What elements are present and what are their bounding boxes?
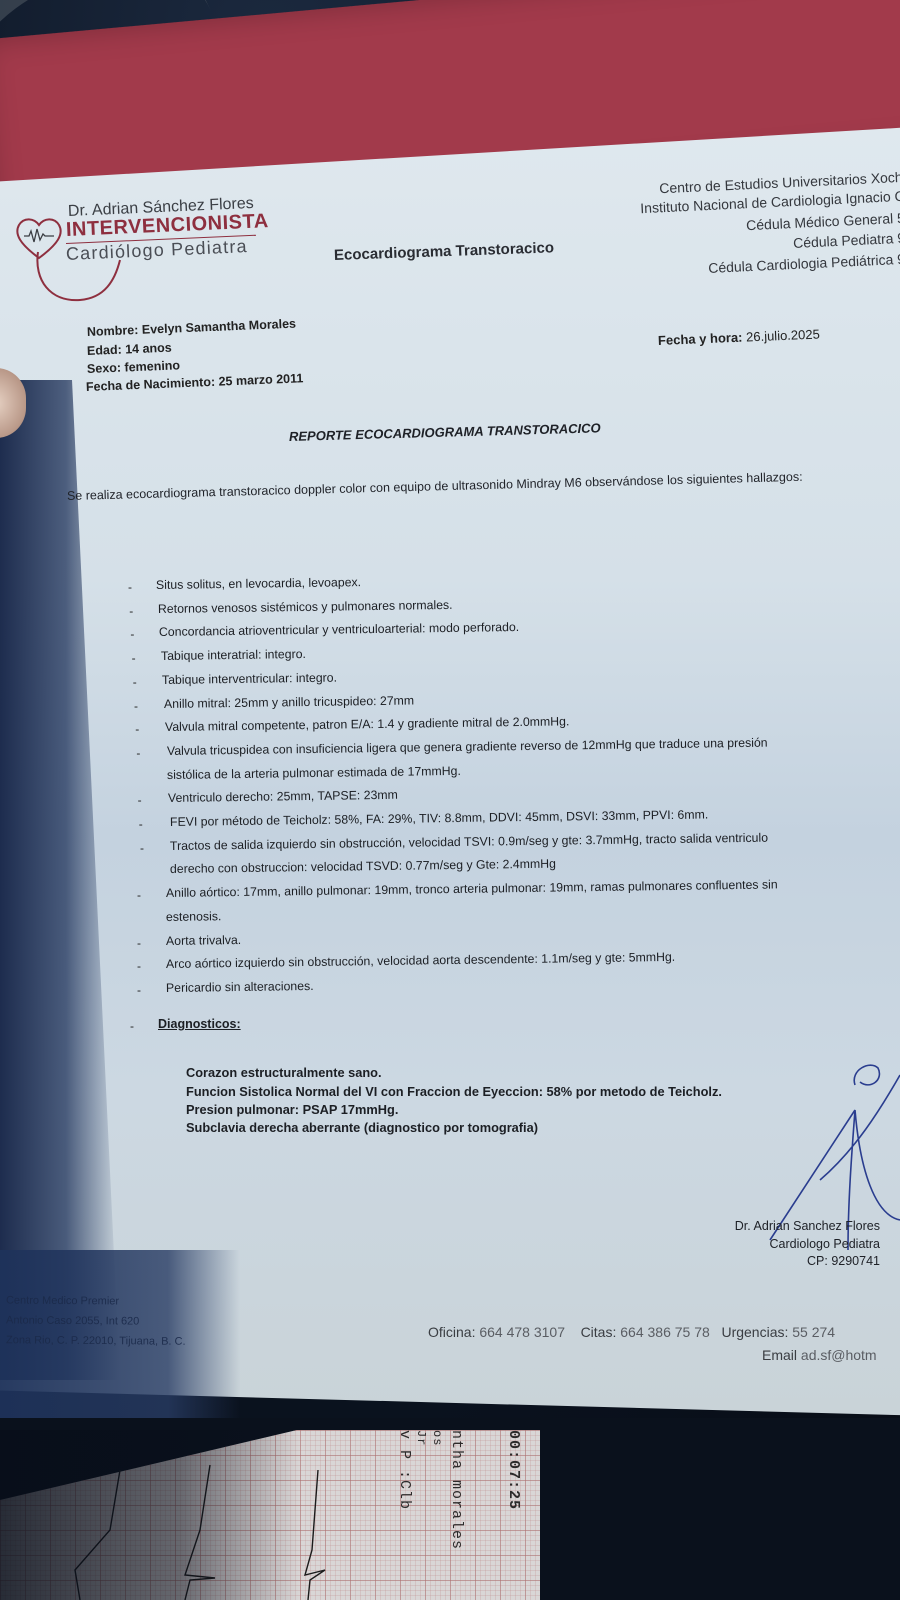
finding-item: Valvula mitral competente, patron E/A: 1… [165, 715, 570, 735]
ecg-label: os [430, 1430, 444, 1446]
ecg-shadow [0, 1430, 300, 1600]
patient-sex-label: Sexo: [87, 361, 122, 376]
footer-address-line: Zona Rio, C. P. 22010, Tijuana, B. C. [6, 1334, 186, 1348]
diagnostics-bullet: - [130, 1019, 134, 1033]
finding-bullet: - [138, 793, 142, 807]
finding-bullet: - [137, 983, 141, 997]
finding-item: Concordancia atrioventricular y ventricu… [159, 620, 519, 639]
footer-address-line: Antonio Caso 2055, Int 620 [6, 1314, 139, 1327]
finding-bullet: - [137, 888, 141, 902]
finding-item: Aorta trivalva. [165, 932, 240, 947]
document-title: Ecocardiograma Transtoracico [334, 239, 555, 264]
diagnostics-heading: Diagnosticos: [158, 1017, 241, 1031]
finding-bullet: - [128, 580, 132, 594]
office-label: Oficina: [428, 1324, 475, 1340]
finding-bullet: - [136, 746, 140, 760]
finding-bullet: - [130, 627, 134, 641]
patient-age-value: 14 anos [125, 341, 172, 357]
finding-item: Ventriculo derecho: 25mm, TAPSE: 23mm [168, 788, 398, 805]
handwritten-signature [760, 1040, 900, 1270]
report-date-value: 26.julio.2025 [746, 327, 820, 345]
patient-age-label: Edad: [87, 343, 122, 358]
finding-bullet: - [137, 936, 141, 950]
appointments-phone[interactable]: 664 386 75 78 [620, 1324, 710, 1340]
finding-item: Situs solitus, en levocardia, levoapex. [156, 575, 361, 592]
finding-item: derecho con obstruccion: velocidad TSVD:… [169, 857, 555, 876]
emergency-label: Urgencias: [721, 1324, 788, 1340]
footer-address-line: Centro Medico Premier [6, 1295, 119, 1308]
finding-item: Retornos venosos sistémicos y pulmonares… [157, 598, 452, 616]
finding-item: Tractos de salida izquierdo sin obstrucc… [169, 830, 767, 852]
patient-dob-label: Fecha de Nacimiento: [86, 375, 216, 394]
email-label: Email [762, 1347, 797, 1363]
report-date: Fecha y hora: 26.julio.2025 [658, 327, 820, 348]
report-intro: Se realiza ecocardiograma transtoracico … [67, 467, 807, 507]
patient-name: Nombre: Evelyn Samantha Morales [87, 317, 297, 339]
diagnosis-item: Funcion Sistolica Normal del VI con Frac… [186, 1084, 722, 1099]
patient-sex: Sexo: femenino [87, 358, 181, 376]
patient-name-label: Nombre: [87, 323, 139, 339]
diagnosis-item: Corazon estructuralmente sano. [186, 1065, 382, 1080]
finding-item: sistólica de la arteria pulmonar estimad… [166, 763, 460, 781]
report-date-label: Fecha y hora: [658, 330, 743, 348]
finding-item: Tabique interventricular: integro. [162, 670, 337, 686]
finding-item: Tabique interatrial: integro. [160, 647, 305, 663]
ecg-label: Jr [414, 1430, 428, 1446]
license-line: Cédula Médico General 550 [745, 209, 900, 233]
diagnosis-item: Subclavia derecha aberrante (diagnostico… [186, 1120, 538, 1135]
patient-dob-value: 25 marzo 2011 [218, 371, 303, 388]
finding-item: Valvula tricuspidea con insuficiencia li… [166, 736, 767, 758]
finding-item: Anillo mitral: 25mm y anillo tricuspideo… [163, 693, 413, 710]
ecg-patient-name: ntha morales [448, 1430, 465, 1550]
finding-bullet: - [140, 841, 144, 855]
emergency-phone[interactable]: 55 274 [792, 1324, 835, 1340]
finding-bullet: - [139, 817, 143, 831]
license-line: Cédula Pediatra 911 [793, 229, 900, 251]
finding-bullet: - [135, 722, 139, 736]
footer-contacts: Oficina: 664 478 3107 Citas: 664 386 75 … [428, 1324, 835, 1340]
diagnosis-item: Presion pulmonar: PSAP 17mmHg. [186, 1102, 398, 1117]
finding-bullet: - [133, 675, 137, 689]
report-title: REPORTE ECOCARDIOGRAMA TRANSTORACICO [289, 420, 601, 444]
patient-name-value: Evelyn Samantha Morales [142, 317, 297, 337]
footer-email: Email ad.sf@hotm [762, 1347, 877, 1363]
patient-sex-value: femenino [124, 358, 180, 374]
ecg-time: 00:07:25 [505, 1430, 522, 1510]
ecg-label: v P :Clb [396, 1430, 413, 1510]
finding-bullet: - [129, 604, 133, 618]
finding-bullet: - [134, 699, 138, 713]
finding-bullet: - [132, 651, 136, 665]
office-phone[interactable]: 664 478 3107 [479, 1324, 565, 1340]
finding-item: estenosis. [165, 909, 221, 924]
report-document: Dr. Adrian Sánchez Flores INTERVENCIONIS… [0, 0, 900, 1600]
finding-item: FEVI por método de Teicholz: 58%, FA: 29… [169, 807, 707, 829]
license-line: Cédula Cardiologia Pediátrica 929 [707, 250, 900, 276]
signature-title: Cardiologo Pediatra [770, 1237, 881, 1251]
appointments-label: Citas: [581, 1324, 617, 1340]
signature-cp: CP: 9290741 [807, 1254, 880, 1268]
email-address[interactable]: ad.sf@hotm [801, 1347, 877, 1363]
finding-item: Pericardio sin alteraciones. [165, 979, 313, 995]
finding-item: Arco aórtico izquierdo sin obstrucción, … [165, 950, 674, 971]
signature-name: Dr. Adrian Sanchez Flores [735, 1219, 880, 1233]
patient-age: Edad: 14 anos [87, 341, 172, 358]
finding-bullet: - [137, 959, 141, 973]
finding-item: Anillo aórtico: 17mm, anillo pulmonar: 1… [165, 878, 777, 901]
